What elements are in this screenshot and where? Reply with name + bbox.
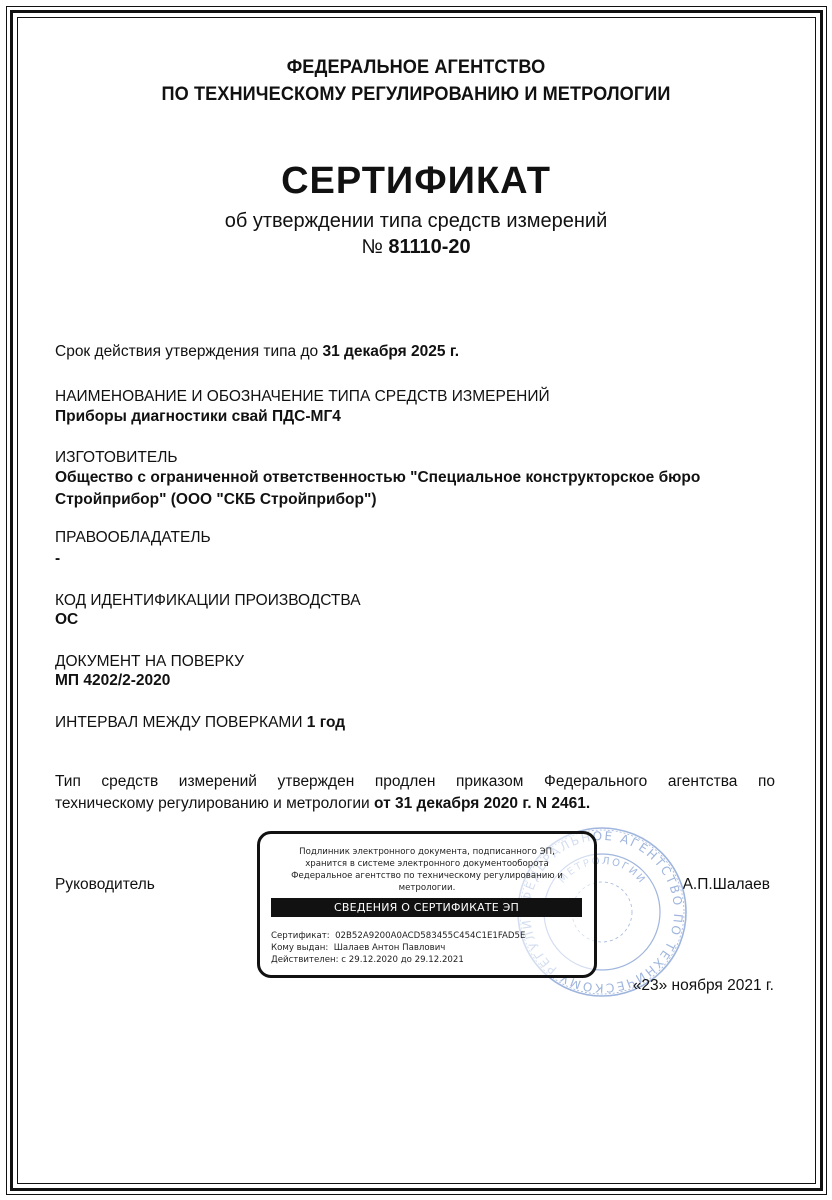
- esig-info: Сертификат: 02B52A9200A0ACD583455C454C1E…: [271, 930, 525, 966]
- order-line-1: Тип средств измерений утвержден продлен …: [55, 771, 775, 793]
- esig-note-line-2: хранится в системе электронного документ…: [274, 858, 580, 870]
- validity-value: 31 декабря 2025 г.: [322, 343, 459, 360]
- esig-issued-label: Кому выдан:: [271, 942, 328, 954]
- esig-cert-row: Сертификат: 02B52A9200A0ACD583455C454C1E…: [271, 930, 525, 942]
- esig-note: Подлинник электронного документа, подпис…: [274, 846, 580, 894]
- validity-line: Срок действия утверждения типа до 31 дек…: [55, 342, 459, 362]
- number-prefix: №: [361, 236, 382, 258]
- agency-line-2: ПО ТЕХНИЧЕСКОМУ РЕГУЛИРОВАНИЮ И МЕТРОЛОГ…: [29, 81, 803, 108]
- certificate-page: ФЕДЕРАЛЬНОЕ АГЕНТСТВО ПО ТЕХНИЧЕСКОМУ РЕ…: [0, 0, 832, 1200]
- certificate-subtitle: об утверждении типа средств измерений: [0, 210, 832, 233]
- rightholder-value: -: [55, 550, 60, 567]
- interval-label: ИНТЕРВАЛ МЕЖДУ ПОВЕРКАМИ: [55, 714, 302, 731]
- field-rightholder-value: -: [55, 549, 60, 569]
- esig-note-line-1: Подлинник электронного документа, подпис…: [274, 846, 580, 858]
- verification-doc-value: МП 4202/2-2020: [55, 672, 170, 689]
- order-line-2-bold: от 31 декабря 2020 г. N 2461.: [374, 795, 590, 812]
- interval-line: ИНТЕРВАЛ МЕЖДУ ПОВЕРКАМИ 1 год: [55, 713, 345, 733]
- type-name-value: Приборы диагностики свай ПДС-МГ4: [55, 408, 341, 425]
- esig-cert-label: Сертификат:: [271, 930, 330, 942]
- agency-line-1: ФЕДЕРАЛЬНОЕ АГЕНТСТВО: [29, 54, 803, 81]
- manufacturer-line-2: Стройприбор" (ООО "СКБ Стройприбор"): [55, 491, 377, 508]
- esig-issued-value: Шалаев Антон Павлович: [334, 943, 446, 953]
- validity-label: Срок действия утверждения типа до: [55, 343, 318, 360]
- certificate-title: СЕРТИФИКАТ: [0, 160, 832, 203]
- esig-valid-row: Действителен: с 29.12.2020 до 29.12.2021: [271, 954, 525, 966]
- field-production-code-value: ОС: [55, 610, 78, 630]
- issue-date: «23» ноября 2021 г.: [633, 977, 774, 995]
- agency-header: ФЕДЕРАЛЬНОЕ АГЕНТСТВО ПО ТЕХНИЧЕСКОМУ РЕ…: [29, 54, 803, 108]
- electronic-signature-box: Подлинник электронного документа, подпис…: [257, 831, 597, 978]
- field-type-name-label: НАИМЕНОВАНИЕ И ОБОЗНАЧЕНИЕ ТИПА СРЕДСТВ …: [55, 387, 550, 407]
- esig-valid-value: с 29.12.2020 до 29.12.2021: [341, 955, 464, 965]
- manufacturer-line-1: Общество с ограниченной ответственностью…: [55, 469, 700, 486]
- field-verification-doc-label: ДОКУМЕНТ НА ПОВЕРКУ: [55, 652, 244, 672]
- field-manufacturer-value-1: Общество с ограниченной ответственностью…: [55, 468, 700, 488]
- number-value: 81110-20: [388, 236, 470, 258]
- esig-cert-value: 02B52A9200A0ACD583455C454C1E1FAD5E: [335, 931, 525, 941]
- esig-valid-label: Действителен:: [271, 954, 339, 966]
- field-production-code-label: КОД ИДЕНТИФИКАЦИИ ПРОИЗВОДСТВА: [55, 591, 361, 611]
- field-type-name-value: Приборы диагностики свай ПДС-МГ4: [55, 407, 341, 427]
- production-code-value: ОС: [55, 611, 78, 628]
- field-manufacturer-label: ИЗГОТОВИТЕЛЬ: [55, 448, 178, 468]
- order-line-2-text: техническому регулированию и метрологии: [55, 795, 370, 812]
- esig-title-bar: СВЕДЕНИЯ О СЕРТИФИКАТЕ ЭП: [271, 898, 582, 917]
- field-verification-doc-value: МП 4202/2-2020: [55, 671, 170, 691]
- esig-note-line-4: метрологии.: [274, 882, 580, 894]
- esig-note-line-3: Федеральное агентство по техническому ре…: [274, 870, 580, 882]
- interval-value: 1 год: [307, 714, 345, 731]
- signatory-position: Руководитель: [55, 876, 155, 894]
- esig-issued-row: Кому выдан: Шалаев Антон Павлович: [271, 942, 525, 954]
- certificate-number: № 81110-20: [0, 236, 832, 259]
- signatory-name: А.П.Шалаев: [683, 876, 770, 894]
- approval-order-paragraph: Тип средств измерений утвержден продлен …: [55, 771, 775, 815]
- field-manufacturer-value-2: Стройприбор" (ООО "СКБ Стройприбор"): [55, 490, 377, 510]
- field-rightholder-label: ПРАВООБЛАДАТЕЛЬ: [55, 528, 211, 548]
